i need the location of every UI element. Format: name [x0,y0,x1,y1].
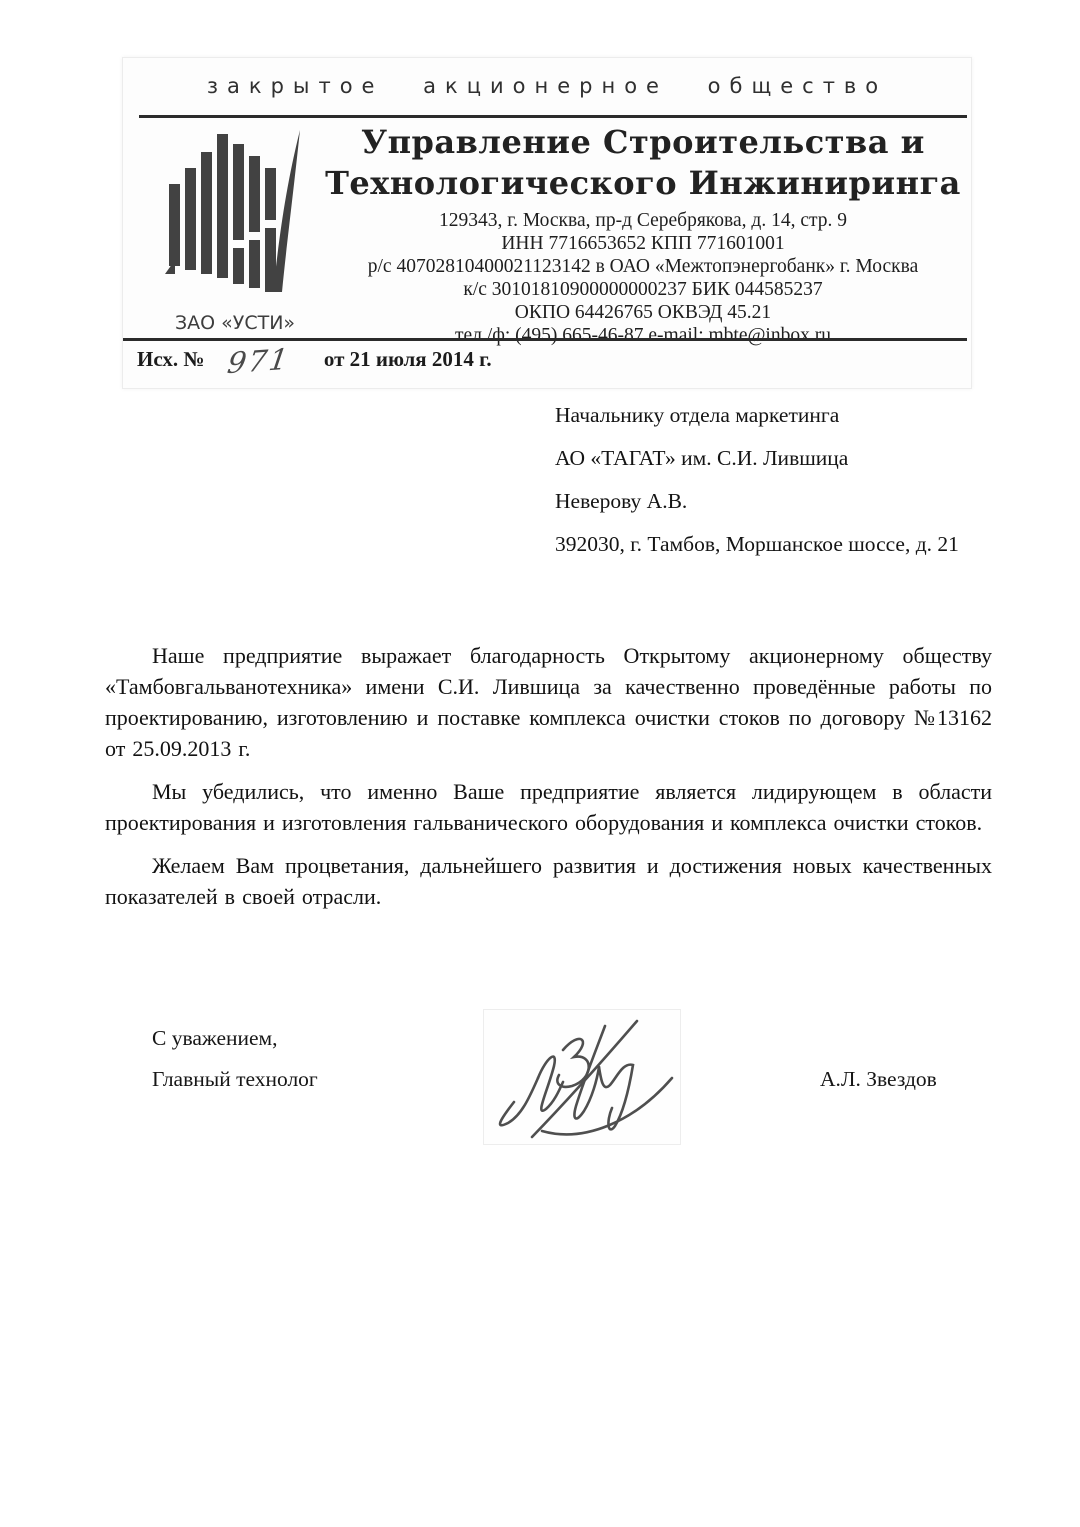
company-name-line1: Управление Строительства и [323,122,963,163]
letterhead-text-block: Управление Строительства и Технологическ… [323,122,963,347]
inn-kpp-line: ИНН 7716653652 КПП 771601001 [323,232,963,255]
paragraph-conviction: Мы убедились, что именно Ваше предприяти… [105,776,992,838]
corr-account-line: к/с 30101810900000000237 БИК 044585237 [323,278,963,301]
letterhead-top-divider [139,115,967,118]
letterhead-bottom-divider [123,338,967,341]
paragraph-wishes: Желаем Вам процветания, дальнейшего разв… [105,850,992,912]
closing-phrase: С уважением, [152,1026,278,1051]
building-icon [160,128,310,310]
recipient-address: 392030, г. Тамбов, Моршанское шоссе, д. … [555,533,959,556]
address-line: 129343, г. Москва, пр-д Серебрякова, д. … [323,209,963,232]
company-logo: ЗАО «УСТИ» [151,128,319,334]
okpo-okved-line: ОКПО 64426765 ОКВЭД 45.21 [323,301,963,324]
letterhead: закрытое акционерное общество [122,57,972,389]
logo-caption: ЗАО «УСТИ» [151,312,319,334]
signature-scribble-icon [484,1010,680,1144]
outgoing-ref-row: Исх. №971от 21 июля 2014 г. [137,344,492,378]
recipient-title: Начальнику отдела маркетинга [555,404,959,426]
letter-body: Наше предприятие выражает благодарность … [105,640,992,924]
handwritten-ref-number: 971 [226,342,293,380]
recipient-company: АО «ТАГАТ» им. С.И. Лившица [555,447,959,469]
account-line: р/с 40702810400021123142 в ОАО «Межтопэн… [323,255,963,278]
signer-position: Главный технолог [152,1067,318,1092]
recipient-block: Начальнику отдела маркетинга АО «ТАГАТ» … [555,404,959,556]
ref-date: от 21 июля 2014 г. [324,347,492,371]
letter-page: закрытое акционерное общество [0,0,1080,1527]
paragraph-gratitude: Наше предприятие выражает благодарность … [105,640,992,764]
signer-name: А.Л. Звездов [820,1067,937,1092]
recipient-person: Неверову А.В. [555,490,959,512]
company-name: Управление Строительства и Технологическ… [323,122,963,204]
company-name-line2: Технологического Инжиниринга [323,163,963,204]
signature-scan [483,1009,681,1145]
company-requisites: 129343, г. Москва, пр-д Серебрякова, д. … [323,209,963,347]
org-type-caption: закрытое акционерное общество [123,74,971,98]
ref-number-label: Исх. № [137,347,204,371]
